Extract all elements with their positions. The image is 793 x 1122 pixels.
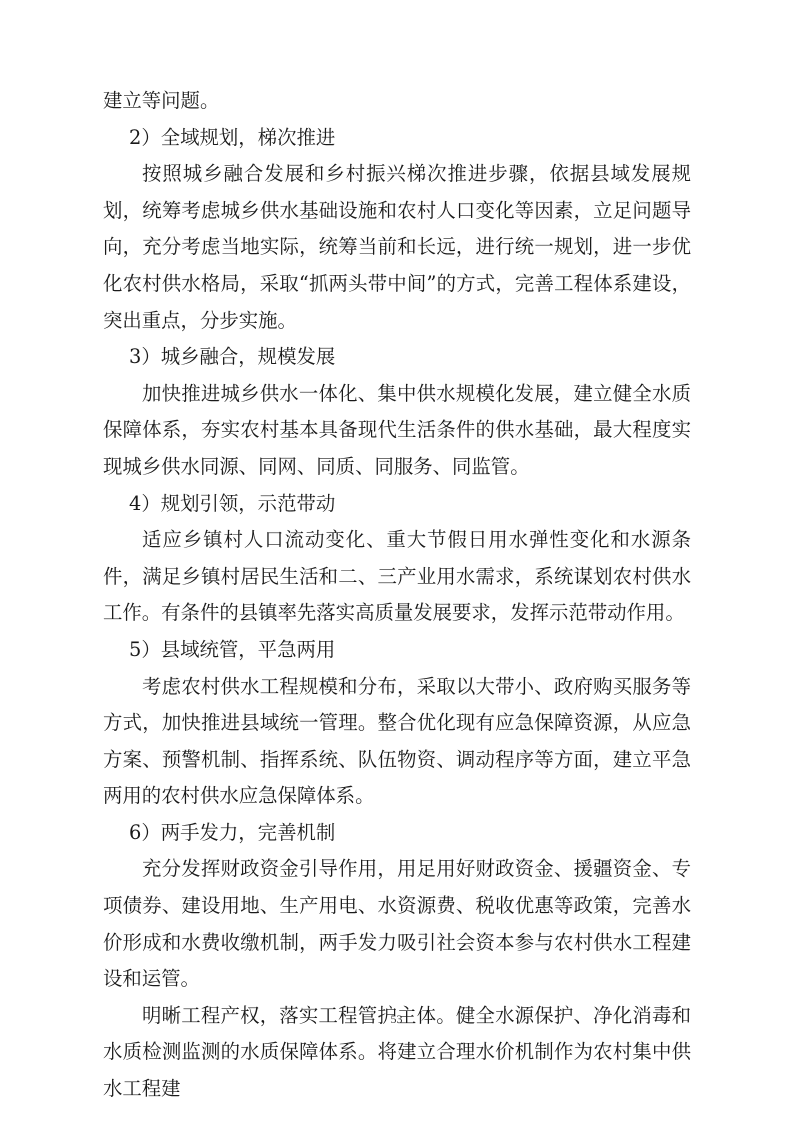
paragraph-overall-planning: 按照城乡融合发展和乡村振兴梯次推进步骤，依据县域发展规划，统筹考虑城乡供水基础设… <box>103 156 691 339</box>
paragraph-mechanism: 充分发挥财政资金引导作用，用足用好财政资金、援疆资金、专项债券、建设用地、生产用… <box>103 851 691 997</box>
paragraph-planning-demonstration: 适应乡镇村人口流动变化、重大节假日用水弹性变化和水源条件，满足乡镇村居民生活和二… <box>103 522 691 632</box>
paragraph-county-management: 考虑农村供水工程规模和分布，采取以大带小、政府购买服务等方式，加快推进县域统一管… <box>103 669 691 815</box>
section-heading-5: 5）县域统管，平急两用 <box>103 632 691 669</box>
section-heading-3: 3）城乡融合，规模发展 <box>103 339 691 376</box>
document-page: 建立等问题。 2）全域规划，梯次推进 按照城乡融合发展和乡村振兴梯次推进步骤，依… <box>0 0 793 1122</box>
continuation-paragraph: 建立等问题。 <box>103 83 691 120</box>
body-text: 建立等问题。 2）全域规划，梯次推进 按照城乡融合发展和乡村振兴梯次推进步骤，依… <box>103 83 691 1108</box>
paragraph-urban-rural-integration: 加快推进城乡供水一体化、集中供水规模化发展，建立健全水质保障体系，夯实农村基本具… <box>103 376 691 486</box>
section-heading-4: 4）规划引领，示范带动 <box>103 486 691 523</box>
section-heading-6: 6）两手发力，完善机制 <box>103 815 691 852</box>
section-heading-2: 2）全域规划，梯次推进 <box>103 120 691 157</box>
page-number: 53 <box>0 1012 793 1027</box>
